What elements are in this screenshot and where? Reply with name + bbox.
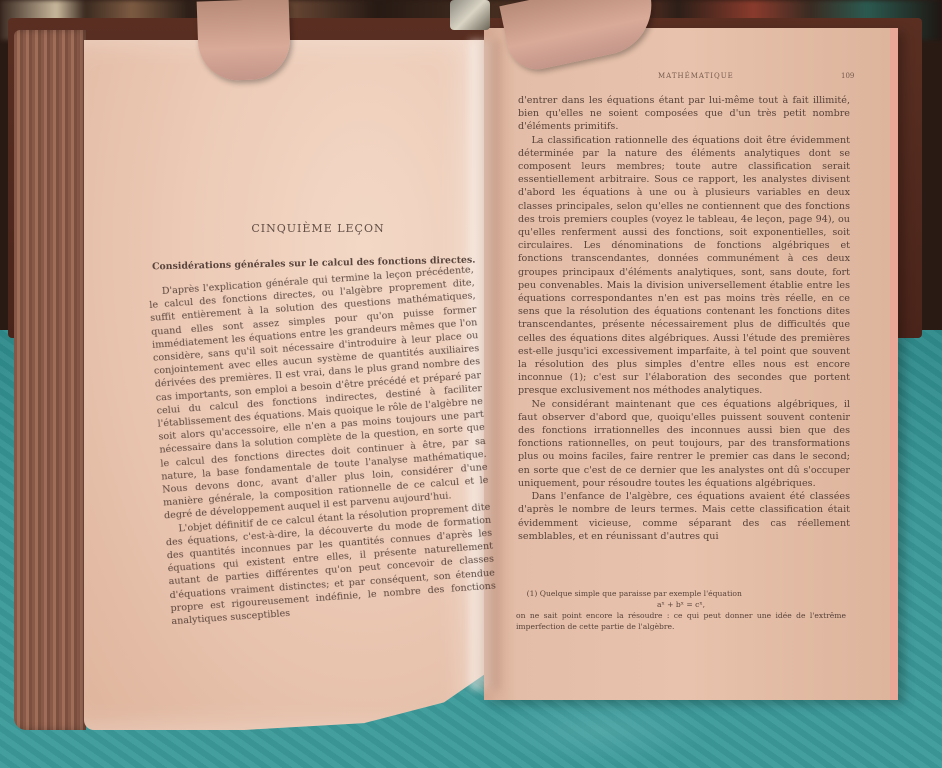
metal-clip	[450, 0, 490, 30]
right-page-text: d'entrer dans les équations étant par lu…	[518, 94, 850, 543]
right-paragraph-4: Dans l'enfance de l'algèbre, ces équatio…	[518, 490, 850, 543]
right-paragraph-2: La classification rationnelle des équati…	[518, 134, 850, 398]
left-page-text: D'après l'explication générale qui termi…	[148, 263, 497, 628]
footnote-equation: aˣ + bˣ = cˣ,	[516, 599, 846, 610]
page-number: 109	[841, 72, 854, 80]
chapter-title: CINQUIÈME LEÇON	[248, 222, 388, 235]
right-paragraph-3: Ne considérant maintenant que ces équati…	[518, 398, 850, 490]
page-block-edges	[14, 30, 86, 730]
footnote-line-2: on ne sait point encore la résoudre : ce…	[516, 610, 846, 632]
right-paragraph-1: d'entrer dans les équations étant par lu…	[518, 94, 850, 134]
left-paragraph-1: D'après l'explication générale qui termi…	[148, 263, 490, 523]
footnote: (1) Quelque simple que paraisse par exem…	[516, 588, 846, 632]
footnote-line-1: (1) Quelque simple que paraisse par exem…	[516, 588, 846, 599]
running-head: MATHÉMATIQUE	[658, 72, 734, 80]
